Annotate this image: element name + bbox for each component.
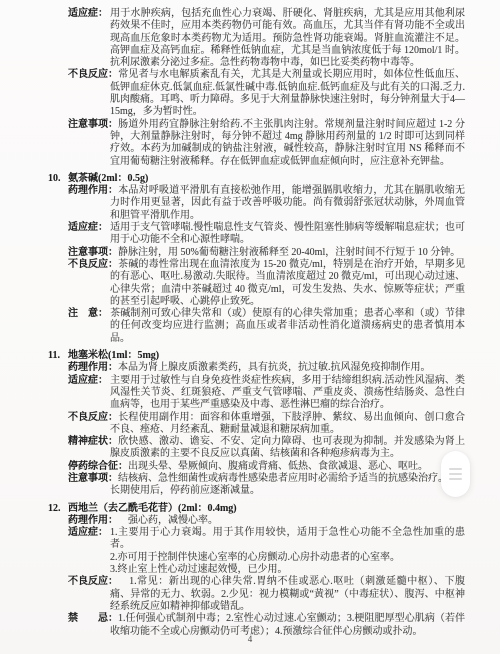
section-text: 1.常见：新出现的心律失常.胃纳不佳或恶心.呕吐（刺激延髓中枢）、下腹痛、异常的… (110, 576, 465, 612)
drug-section: 不良反应：茶碱的毒性常出现在血清浓度为 15-20 微克/ml，特别是在治疗开始… (68, 259, 465, 308)
drug-section: 不良反应： 1.常见：新出现的心律失常.胃纳不佳或恶心.呕吐（刺激延髓中枢）、下… (68, 576, 465, 613)
section-label: 适应症： (68, 8, 110, 20)
menu-icon (449, 468, 462, 480)
section-text: 主要用于过敏性与自身免疫性炎症性疾病，多用于结缔组织病.活动性风湿病、类风湿性关… (110, 375, 465, 411)
section-label: 注 意： (68, 308, 110, 320)
drug-entry-heading: 11.地塞米松(1ml：5mg) (48, 350, 465, 362)
drug-section: 不良反应：常见者与水电解质紊乱有关，尤其是大剂量或长期应用时，如体位性低血压、低… (68, 69, 465, 118)
section-label: 不良反应： (68, 69, 118, 81)
section-text: 长程使用副作用：面容和体重增强，下肢浮肿、紫纹、易出血倾向、创口愈合不良、痤疮、… (110, 412, 465, 435)
section-label: 不良反应： (68, 259, 118, 271)
section-label: 不良反应： (68, 576, 118, 588)
section-text: 肠道外用药宜静脉注射给药.不主张肌肉注射。常规剂量注射时间应超过 1-2 分钟，… (110, 119, 465, 167)
section-label: 适应症： (68, 222, 110, 234)
drug-number: 11. (48, 350, 68, 362)
drug-title: 氨茶碱(2ml：0.5g) (68, 173, 148, 184)
drug-title: 地塞米松(1ml：5mg) (68, 350, 159, 361)
drug-section: 适应症：适用于支气管哮喘.慢性喘息性支气管炎、慢性阻塞性肺病等缓解喘息症状；也可… (68, 222, 465, 247)
drug-number: 10. (48, 173, 68, 185)
section-text: 出现头晕、晕厥倾向、腹痛或背痛、低热、食欲减退、恶心、呕吐。 (128, 461, 428, 472)
drug-section: 适应症：用于水肿疾病，包括充血性心力衰竭、肝硬化、肾脏疾病，尤其是应用其他利尿药… (68, 8, 465, 69)
section-text: 1.主要用于心力衰竭。用于其作用较快，适用于急性心功能不全急性加重的患者。 2.… (110, 527, 465, 575)
menu-icon-bar (449, 473, 462, 475)
page-number: 4 (0, 634, 500, 644)
section-label: 精神症状： (68, 436, 118, 448)
menu-fab-button[interactable] (441, 451, 470, 497)
drug-entry-heading: 12.西地兰（去乙酰毛花苷）(2ml：0.4mg) (48, 503, 465, 515)
menu-icon-bar (449, 478, 462, 480)
section-label: 药理作用： (68, 362, 118, 374)
section-text: 静脉注射，用 50%葡萄糖注射液稀释至 20-40ml，注射时间不行短于 10 … (118, 247, 460, 258)
section-label: 适应症： (68, 527, 110, 539)
drug-section: 适应症：1.主要用于心力衰竭。用于其作用较快，适用于急性心功能不全急性加重的患者… (68, 527, 465, 576)
scanned-document-page: 适应症：用于水肿疾病，包括充血性心力衰竭、肝硬化、肾脏疾病，尤其是应用其他利尿药… (0, 0, 500, 654)
drug-section: 停药综合征：出现头晕、晕厥倾向、腹痛或背痛、低热、食欲减退、恶心、呕吐。 (68, 461, 465, 473)
section-label: 注意事项： (68, 119, 118, 131)
drug-section: 注意事项：肠道外用药宜静脉注射给药.不主张肌肉注射。常规剂量注射时间应超过 1-… (68, 119, 465, 168)
section-text: 常见者与水电解质紊乱有关，尤其是大剂量或长期应用时，如体位性低血压、低钾血症休克… (110, 69, 465, 117)
section-text: 欣快感、激动、谵妄、不安、定向力障碍、也可表现为抑制。并发感染为肾上腺皮质激素的… (110, 436, 465, 459)
section-label: 注意事项： (68, 473, 118, 485)
section-label: 停药综合征： (68, 461, 128, 473)
drug-section: 药理作用：本品对呼吸道平滑肌有直接松弛作用，能增强膈肌收缩力，尤其在膈肌收缩无力… (68, 185, 465, 222)
menu-icon-bar (449, 468, 462, 470)
drug-section: 注意事项：静脉注射，用 50%葡萄糖注射液稀释至 20-40ml，注射时间不行短… (68, 247, 465, 259)
drug-section: 适应症：主要用于过敏性与自身免疫性炎症性疾病，多用于结缔组织病.活动性风湿病、类… (68, 375, 465, 412)
section-label: 不良反应： (68, 412, 118, 424)
drug-number: 12. (48, 503, 68, 515)
section-label: 药理作用： (68, 185, 118, 197)
section-text: 适用于支气管哮喘.慢性喘息性支气管炎、慢性阻塞性肺病等缓解喘息症状；也可用于心功… (110, 222, 465, 245)
section-text: 茶碱制剂可致心律失常和（或）使原有的心律失常加重；患者心率和（或）节律的任何改变… (110, 308, 465, 344)
drug-section: 药理作用：本品为肾上腺皮质激素类药，具有抗炎，抗过敏.抗风湿免疫抑制作用。 (68, 362, 465, 374)
drug-entry-heading: 10.氨茶碱(2ml：0.5g) (48, 173, 465, 185)
document-content: 适应症：用于水肿疾病，包括充血性心力衰竭、肝硬化、肾脏疾病，尤其是应用其他利尿药… (68, 8, 465, 638)
section-text: 本品对呼吸道平滑肌有直接松弛作用，能增强膈肌收缩力，尤其在膈肌收缩无力时作用更显… (110, 185, 465, 221)
section-label: 注意事项： (68, 247, 118, 259)
drug-section: 药理作用： 强心药，减慢心率。 (68, 515, 465, 527)
section-label: 适应症： (68, 375, 110, 387)
drug-section: 精神症状：欣快感、激动、谵妄、不安、定向力障碍、也可表现为抑制。并发感染为肾上腺… (68, 436, 465, 461)
drug-title: 西地兰（去乙酰毛花苷）(2ml：0.4mg) (68, 503, 237, 514)
drug-section: 注 意：茶碱制剂可致心律失常和（或）使原有的心律失常加重；患者心率和（或）节律的… (68, 308, 465, 345)
section-label: 药理作用： (68, 515, 118, 527)
section-text: 茶碱的毒性常出现在血清浓度为 15-20 微克/ml，特别是在治疗开始，早期多见… (110, 259, 465, 307)
section-label: 禁 忌： (68, 613, 118, 625)
section-text: 强心药，减慢心率。 (118, 515, 218, 526)
section-text: 用于水肿疾病，包括充血性心力衰竭、肝硬化、肾脏疾病，尤其是应用其他利尿药效果不佳… (110, 8, 465, 68)
drug-section: 注意事项：结核病、急性细菌性或病毒性感染患者应用时必需给予适当的抗感染治疗。 长… (68, 473, 465, 498)
section-text: 本品为肾上腺皮质激素类药，具有抗炎，抗过敏.抗风湿免疫抑制作用。 (118, 362, 431, 373)
section-text: 结核病、急性细菌性或病毒性感染患者应用时必需给予适当的抗感染治疗。 长期使用后，… (110, 473, 448, 496)
drug-section: 不良反应：长程使用副作用：面容和体重增强，下肢浮肿、紫纹、易出血倾向、创口愈合不… (68, 412, 465, 437)
